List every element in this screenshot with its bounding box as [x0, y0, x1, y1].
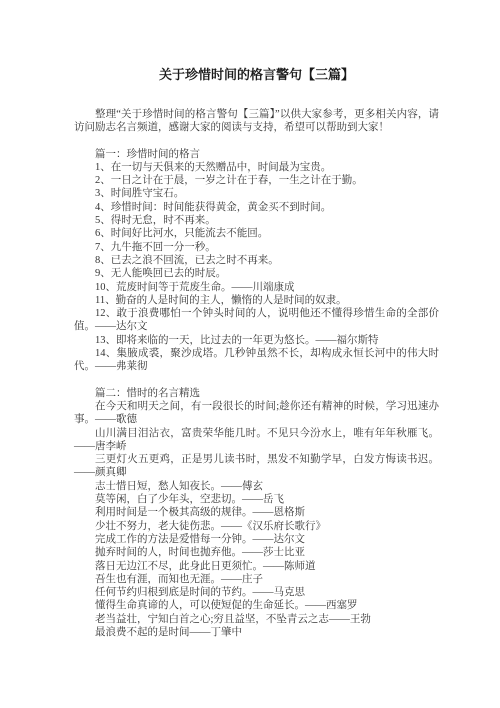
- intro-paragraph: 整理“关于珍惜时间的格言警句【三篇】”以供大家参考，更多相关内容，请访问励志名言…: [74, 108, 439, 135]
- quote-line: 12、敢于浪费哪怕一个钟头时间的人，说明他还不懂得珍惜生命的全部价值。——达尔文: [74, 307, 439, 334]
- quote-line: 11、勤奋的人是时间的主人，懒惰的人是时间的奴隶。: [74, 294, 439, 307]
- quote-line: 完成工作的方法是爱惜每一分钟。——达尔文: [74, 533, 439, 546]
- document-page: 关于珍惜时间的格言警句【三篇】 整理“关于珍惜时间的格言警句【三篇】”以供大家参…: [0, 0, 500, 708]
- sections-container: 篇一：珍惜时间的格言1、在一切与天俱来的天然赠品中，时间最为宝贵。2、一日之计在…: [74, 148, 439, 640]
- quote-line: 14、集腋成裘，聚沙成塔。几秒钟虽然不长，却构成永恒长河中的伟大时代。——弗莱彻: [74, 347, 439, 374]
- quote-line: 落日无边江不尽，此身此日更须忙。——陈师道: [74, 560, 439, 573]
- quote-line: 在今天和明天之间，有一段很长的时间;趁你还有精神的时候，学习迅速办事。——歌德: [74, 400, 439, 427]
- quote-line: 任何节约归根到底是时间的节约。——马克思: [74, 586, 439, 599]
- quote-line: 志士惜日短，愁人知夜长。——傅玄: [74, 480, 439, 493]
- quote-line: 最浪费不起的是时间——丁肇中: [74, 626, 439, 639]
- section-heading: 篇二：惜时的名言精选: [74, 387, 439, 400]
- quote-line: 9、无人能唤回已去的时辰。: [74, 267, 439, 280]
- quote-line: 10、荒废时间等于荒废生命。——川端康成: [74, 281, 439, 294]
- quote-line: 1、在一切与天俱来的天然赠品中，时间最为宝贵。: [74, 161, 439, 174]
- quote-line: 少壮不努力，老大徒伤悲。——《汉乐府长歌行》: [74, 520, 439, 533]
- quote-line: 7、九牛拖不回一分一秒。: [74, 241, 439, 254]
- quote-line: 抛弃时间的人，时间也抛弃他。——莎士比亚: [74, 546, 439, 559]
- quote-line: 3、时间胜守宝石。: [74, 187, 439, 200]
- section-heading: 篇一：珍惜时间的格言: [74, 148, 439, 161]
- quote-line: 8、已去之浪不回流，已去之时不再来。: [74, 254, 439, 267]
- quote-line: 吾生也有涯，而知也无涯。——庄子: [74, 573, 439, 586]
- quote-line: 6、时间好比河水，只能流去不能回。: [74, 227, 439, 240]
- quote-line: 利用时间是一个极其高级的规律。——恩格斯: [74, 506, 439, 519]
- document-title: 关于珍惜时间的格言警句【三篇】: [74, 68, 439, 82]
- quote-line: 老当益壮，宁知白首之心;穷且益坚，不坠青云之志——王勃: [74, 613, 439, 626]
- quote-line: 莫等闲，白了少年头，空悲切。——岳飞: [74, 493, 439, 506]
- quote-line: 2、一日之计在于晨，一岁之计在于春，一生之计在于勤。: [74, 174, 439, 187]
- quote-line: 山川满目泪沾衣，富贵荣华能几时。不见只今汾水上，唯有年年秋雁飞。——唐李峤: [74, 427, 439, 454]
- quote-line: 三更灯火五更鸡，正是男儿读书时，黑发不知勤学早，白发方悔读书迟。——颜真卿: [74, 453, 439, 480]
- quote-line: 懂得生命真谛的人，可以使短促的生命延长。——西塞罗: [74, 599, 439, 612]
- quote-line: 5、得时无怠，时不再来。: [74, 214, 439, 227]
- quote-line: 13、即将来临的一天，比过去的一年更为悠长。——福尔斯特: [74, 334, 439, 347]
- quote-line: 4、珍惜时间：时间能获得黄金，黄金买不到时间。: [74, 201, 439, 214]
